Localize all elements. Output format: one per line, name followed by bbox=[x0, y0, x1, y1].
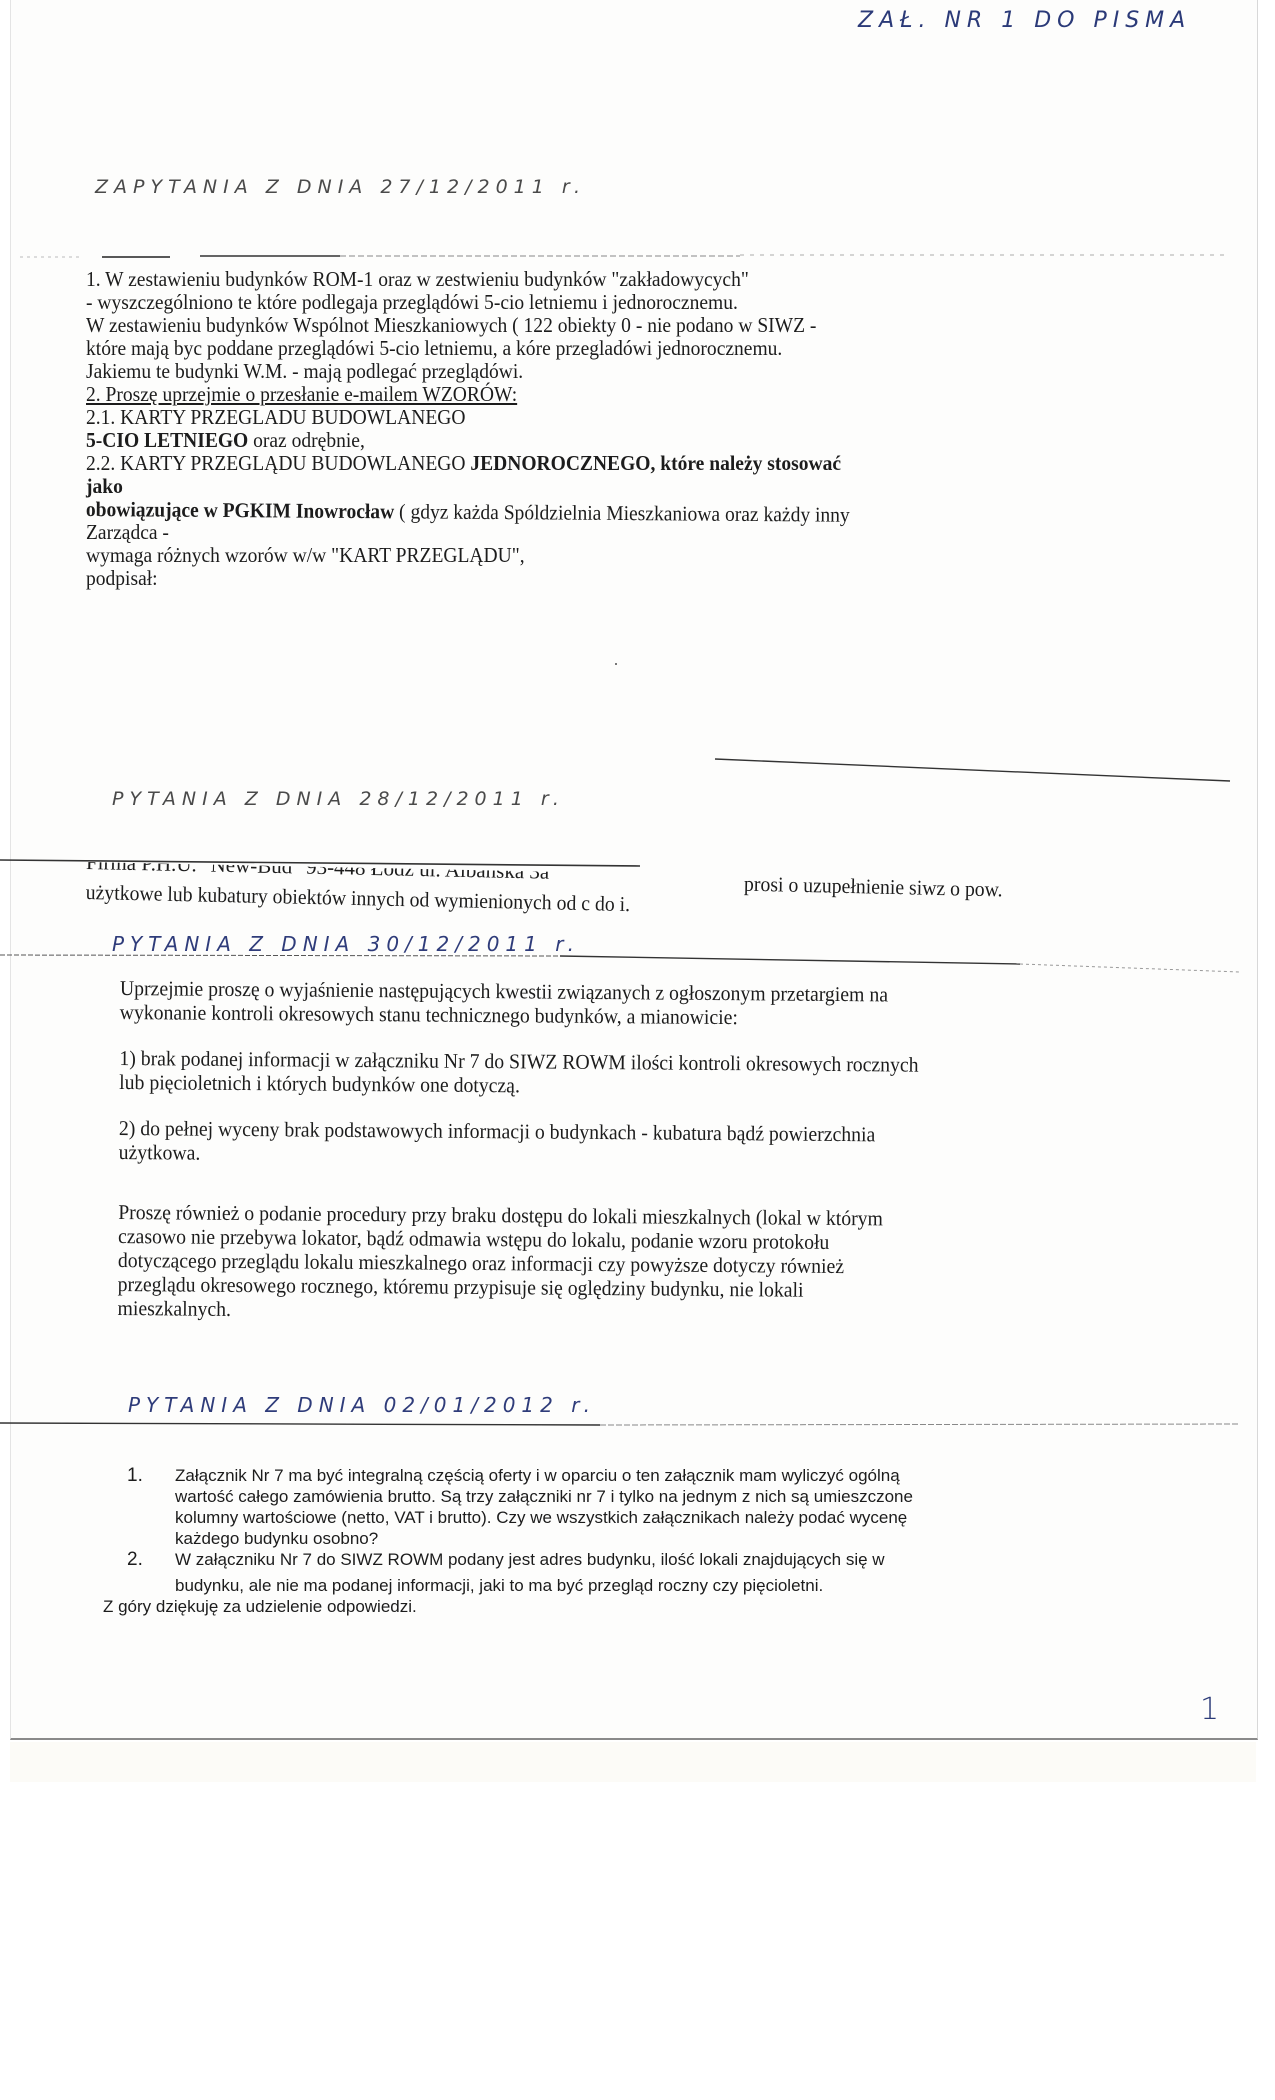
section-1-body: 1. W zestawieniu budynków ROM-1 oraz w z… bbox=[86, 268, 850, 590]
text-line: kolumny wartościowe (netto, VAT i brutto… bbox=[175, 1507, 1225, 1528]
item-5cio: 5-CIO LETNIEGO oraz odrębnie, bbox=[86, 429, 850, 452]
request-line: 2. Proszę uprzejmie o przesłanie e-maile… bbox=[86, 383, 850, 406]
wymaga-line: wymaga różnych wzorów w/w "KART PRZEGLĄD… bbox=[86, 544, 850, 567]
text-line: budynku, ale nie ma podanej informacji, … bbox=[175, 1575, 1225, 1596]
item-2-1: 2.1. KARTY PRZEGLADU BUDOWLANEGO bbox=[86, 406, 850, 429]
separator-line bbox=[0, 1418, 1275, 1432]
item-2-2-text: 2.2. KARTY PRZEGLĄDU BUDOWLANEGO bbox=[86, 451, 470, 475]
list-number: 2. bbox=[127, 1549, 143, 1570]
text-line: W załączniku Nr 7 do SIWZ ROWM podany je… bbox=[175, 1549, 1225, 1575]
item-2-2-bold: JEDNOROCZNEGO bbox=[470, 451, 650, 475]
text-line: W zestawieniu budynków Wspólnot Mieszkan… bbox=[86, 314, 850, 337]
obowiazujace-bold: obowiązujące w PGKIM Inowrocław bbox=[86, 497, 394, 523]
section-2-heading: PYTANIA Z DNIA 28/12/2011 r. bbox=[112, 788, 565, 810]
obowiazujace-rest: ( gdyz każda Spóldzielnia Mieszkaniowa o… bbox=[394, 499, 850, 526]
dashed-rule bbox=[20, 250, 1250, 262]
item-2-2-bold2: , które należy stosować bbox=[650, 451, 841, 475]
section-1-heading: ZAPYTANIA Z DNIA 27/12/2011 r. bbox=[95, 176, 586, 198]
signed-label: podpisał: bbox=[86, 567, 850, 590]
closing-line: Z góry dziękuję za udzielenie odpowiedzi… bbox=[103, 1596, 1225, 1617]
list-item: 2. W załączniku Nr 7 do SIWZ ROWM podany… bbox=[151, 1549, 1225, 1596]
section-3-body: Uprzejmie proszę o wyjaśnienie następują… bbox=[117, 976, 919, 1327]
text-line: Jakiemu te budynki W.M. - mają podlegać … bbox=[86, 360, 850, 383]
list-item: 1. Załącznik Nr 7 ma być integralną częś… bbox=[151, 1465, 1225, 1549]
page-shadow bbox=[10, 1742, 1256, 1782]
item-jako: jako bbox=[86, 475, 850, 498]
section-4-heading: PYTANIA Z DNIA 02/01/2012 r. bbox=[128, 1393, 596, 1417]
text-line: - wyszczególniono te które podlegaja prz… bbox=[86, 291, 850, 314]
text-line: wartość całego zamówienia brutto. Są trz… bbox=[175, 1486, 1225, 1507]
text-line: każdego budynku osobno? bbox=[175, 1528, 1225, 1549]
text-line: 1. W zestawieniu budynków ROM-1 oraz w z… bbox=[86, 268, 850, 291]
text-line: Załącznik Nr 7 ma być integralną częścią… bbox=[175, 1465, 1225, 1486]
item-2-2: 2.2. KARTY PRZEGLĄDU BUDOWLANEGO JEDNORO… bbox=[86, 452, 850, 475]
separator-line bbox=[700, 755, 1240, 785]
attachment-annotation: ZAŁ. NR 1 DO PISMA bbox=[858, 8, 1191, 33]
section-4-list: 1. Załącznik Nr 7 ma być integralną częś… bbox=[125, 1465, 1225, 1617]
item-5cio-bold: 5-CIO LETNIEGO bbox=[86, 428, 248, 452]
list-number: 1. bbox=[127, 1465, 143, 1486]
item-5cio-rest: oraz odrębnie, bbox=[248, 428, 365, 452]
page-number: 1 bbox=[1200, 1692, 1219, 1727]
speck bbox=[615, 663, 617, 665]
text-line: które mają byc poddane przeglądówi 5-cio… bbox=[86, 337, 850, 360]
